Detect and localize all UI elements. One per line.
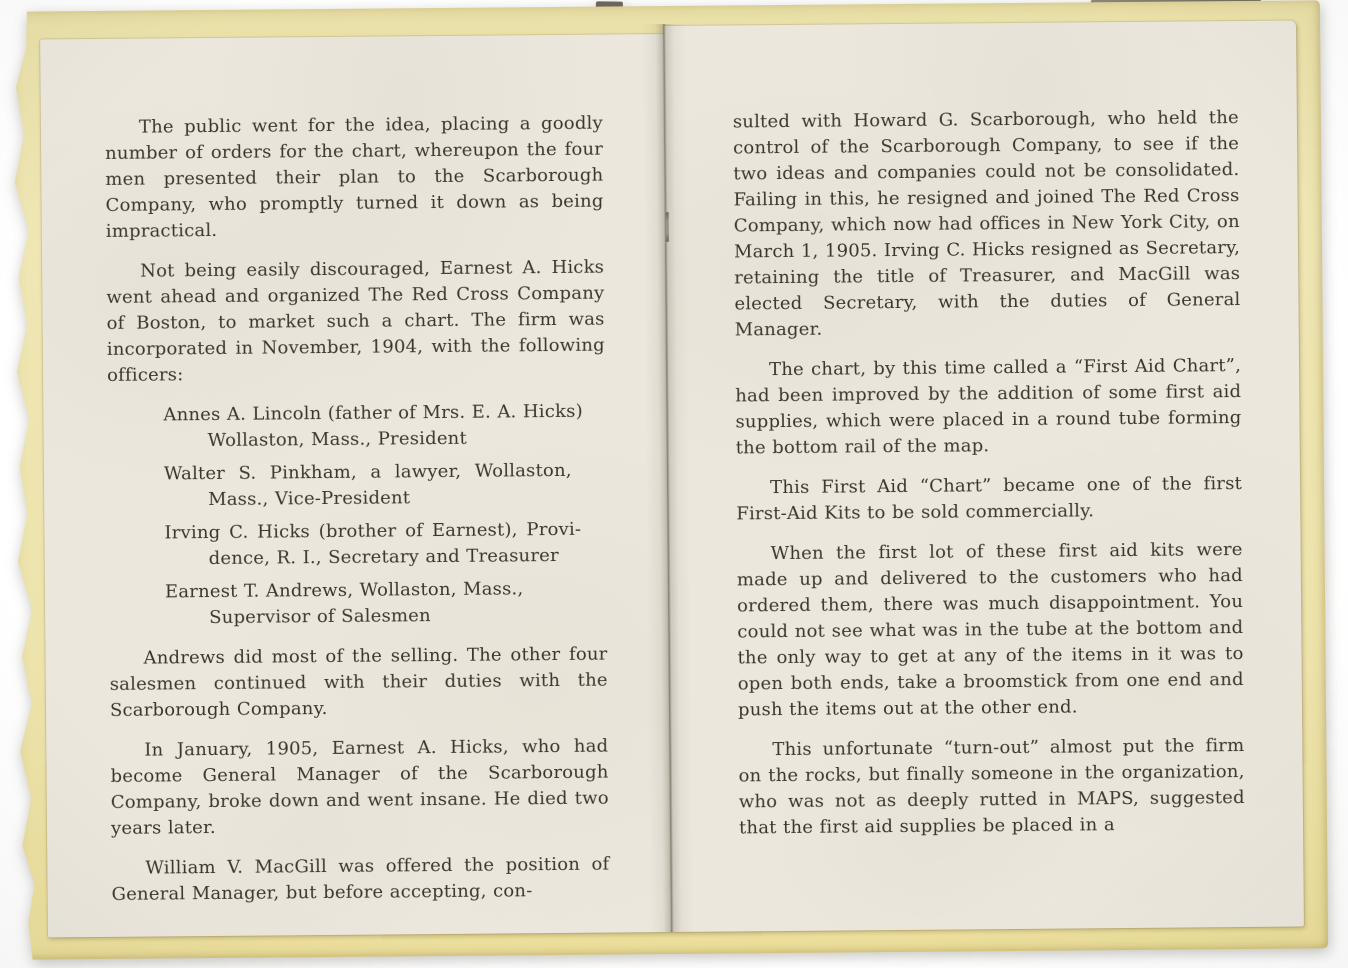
right-page: sulted with Howard G. Scarborough, who h…: [664, 21, 1304, 932]
open-booklet: The public went for the idea, placing a …: [10, 0, 1328, 959]
staple: [666, 212, 669, 242]
book-scan: The public went for the idea, placing a …: [0, 0, 1348, 968]
paragraph: This unfortunate “turn-out” almost put t…: [738, 733, 1245, 841]
officer-title-line: Supervisor of Salesmen: [109, 602, 607, 632]
paragraph: The chart, by this time called a “First …: [735, 353, 1242, 461]
officer-title-line: Mass., Vice-President: [108, 484, 606, 514]
right-page-text: sulted with Howard G. Scarborough, who h…: [664, 21, 1303, 842]
officer-entry: Walter S. Pinkham, a lawyer, Wollaston, …: [108, 458, 606, 514]
left-page: The public went for the idea, placing a …: [40, 34, 672, 937]
paragraph: William V. MacGill was offered the posit…: [111, 852, 609, 908]
officer-entry: Earnest T. Andrews, Wollaston, Mass., Su…: [109, 576, 607, 632]
officer-entry: Annes A. Lincoln (father of Mrs. E. A. H…: [107, 399, 605, 455]
officer-title-line: Wollaston, Mass., President: [108, 425, 606, 455]
left-page-text: The public went for the idea, placing a …: [40, 34, 672, 908]
officer-entry: Irving C. Hicks (brother of Earnest), Pr…: [108, 517, 606, 573]
officer-name-line: Walter S. Pinkham, a lawyer, Wollaston,: [108, 458, 606, 488]
paragraph: Not being easily discouraged, Earnest A.…: [106, 255, 605, 389]
officer-title-line: dence, R. I., Secretary and Treasurer: [109, 543, 607, 573]
officer-name-line: Annes A. Lincoln (father of Mrs. E. A. H…: [107, 399, 605, 429]
paragraph: sulted with Howard G. Scarborough, who h…: [733, 105, 1241, 343]
paragraph: In January, 1905, Earnest A. Hicks, who …: [110, 734, 609, 842]
paragraph: When the first lot of these first aid ki…: [737, 537, 1245, 723]
paragraph: The public went for the idea, placing a …: [105, 111, 604, 245]
paragraph: This First Aid “Chart” became one of the…: [736, 471, 1242, 527]
paragraph: Andrews did most of the selling. The oth…: [109, 642, 608, 724]
officers-list: Annes A. Lincoln (father of Mrs. E. A. H…: [107, 399, 607, 632]
